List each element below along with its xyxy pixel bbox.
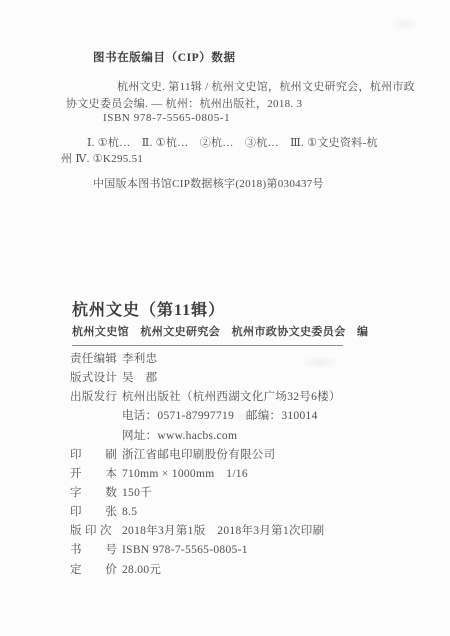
colophon-row-printer: 印 刷 浙江省邮电印刷股份有限公司 xyxy=(70,446,410,465)
colophon-row-website: 网址：www.hacbs.com xyxy=(70,427,410,446)
row-label: 定 价 xyxy=(70,561,122,580)
row-label: 版 印 次 xyxy=(70,522,122,541)
colophon-row-price: 定 价 28.00元 xyxy=(70,561,410,580)
row-label: 出版发行 xyxy=(70,388,122,407)
colophon-row-responsible-editor: 责任编辑 李利忠 xyxy=(70,350,410,369)
colophon-row-sheets: 印 张 8.5 xyxy=(70,503,410,522)
colophon-row-isbn: 书 号 ISBN 978-7-5565-0805-1 xyxy=(70,541,410,560)
row-label: 印 刷 xyxy=(70,446,122,465)
colophon-row-word-count: 字 数 150千 xyxy=(70,484,410,503)
cip-classification-line2: 州 Ⅳ. ①K295.51 xyxy=(61,152,143,167)
colophon-row-format: 开 本 710mm × 1000mm 1/16 xyxy=(70,465,410,484)
colophon-row-edition-printing: 版 印 次 2018年3月第1版 2018年3月第1次印刷 xyxy=(70,522,410,541)
row-value: 网址：www.hacbs.com xyxy=(122,427,410,446)
row-value: 浙江省邮电印刷股份有限公司 xyxy=(122,446,410,465)
cip-record-line2: 协文史委员会编. — 杭州：杭州出版社，2018. 3 xyxy=(66,97,302,112)
row-label xyxy=(70,407,122,426)
row-value: ISBN 978-7-5565-0805-1 xyxy=(122,541,410,560)
cip-registry-number: 中国版本图书馆CIP数据核字(2018)第030437号 xyxy=(93,177,324,192)
row-value: 710mm × 1000mm 1/16 xyxy=(122,465,410,484)
row-value: 电话：0571-87997719 邮编：310014 xyxy=(122,407,410,426)
colophon-row-publisher: 出版发行 杭州出版社（杭州西湖文化广场32号6楼） xyxy=(70,388,410,407)
colophon-row-phone-postcode: 电话：0571-87997719 邮编：310014 xyxy=(70,407,410,426)
row-label: 字 数 xyxy=(70,484,122,503)
row-value: 28.00元 xyxy=(122,561,410,580)
cip-classification-line1: Ⅰ. ①杭… Ⅱ. ①杭… ②杭… ③杭… Ⅲ. ①文史资料-杭 xyxy=(87,136,378,151)
row-value: 吴 郡 xyxy=(122,369,410,388)
divider-rule xyxy=(72,345,343,346)
row-label: 开 本 xyxy=(70,465,122,484)
row-label: 责任编辑 xyxy=(70,350,122,369)
cip-isbn: ISBN 978-7-5565-0805-1 xyxy=(103,111,230,126)
book-title: 杭州文史（第11辑） xyxy=(72,297,225,320)
colophon-row-layout-designer: 版式设计 吴 郡 xyxy=(70,369,410,388)
row-label: 印 张 xyxy=(70,503,122,522)
row-label: 书 号 xyxy=(70,541,122,560)
row-value: 杭州出版社（杭州西湖文化广场32号6楼） xyxy=(122,388,410,407)
cip-header: 图书在版编目（CIP）数据 xyxy=(93,51,236,66)
cip-record-line1: 杭州文史. 第11辑 / 杭州文史馆，杭州文史研究会，杭州市政 xyxy=(117,80,415,95)
row-label: 版式设计 xyxy=(70,369,122,388)
row-value: 150千 xyxy=(122,484,410,503)
colophon-table: 责任编辑 李利忠 版式设计 吴 郡 出版发行 杭州出版社（杭州西湖文化广场32号… xyxy=(70,350,410,580)
row-value: 李利忠 xyxy=(122,350,410,369)
book-copyright-page: 图书在版编目（CIP）数据 杭州文史. 第11辑 / 杭州文史馆，杭州文史研究会… xyxy=(0,0,450,636)
book-editors: 杭州文史馆 杭州文史研究会 杭州市政协文史委员会 编 xyxy=(72,323,368,339)
scan-artifact xyxy=(388,18,422,30)
row-value: 8.5 xyxy=(122,503,410,522)
row-value: 2018年3月第1版 2018年3月第1次印刷 xyxy=(122,522,410,541)
row-label xyxy=(70,427,122,446)
